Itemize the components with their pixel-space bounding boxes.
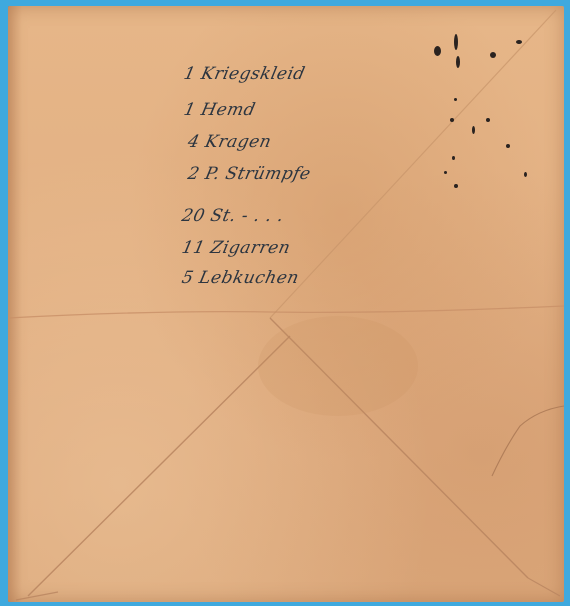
list-item: 4 Kragen [186, 134, 273, 151]
list-item: 11 Zigarren [180, 240, 292, 257]
list-item: 5 Lebkuchen [180, 270, 300, 287]
list-item: 2 P. Strümpfe [186, 166, 312, 183]
list-item: 20 St. - . . . [180, 208, 285, 225]
envelope-back: 1 Kriegskleid 1 Hemd 4 Kragen 2 P. Strüm… [8, 6, 564, 602]
list-item: 1 Hemd [182, 102, 257, 119]
list-item: 1 Kriegskleid [182, 66, 306, 83]
ink-stain-marks [428, 26, 568, 206]
